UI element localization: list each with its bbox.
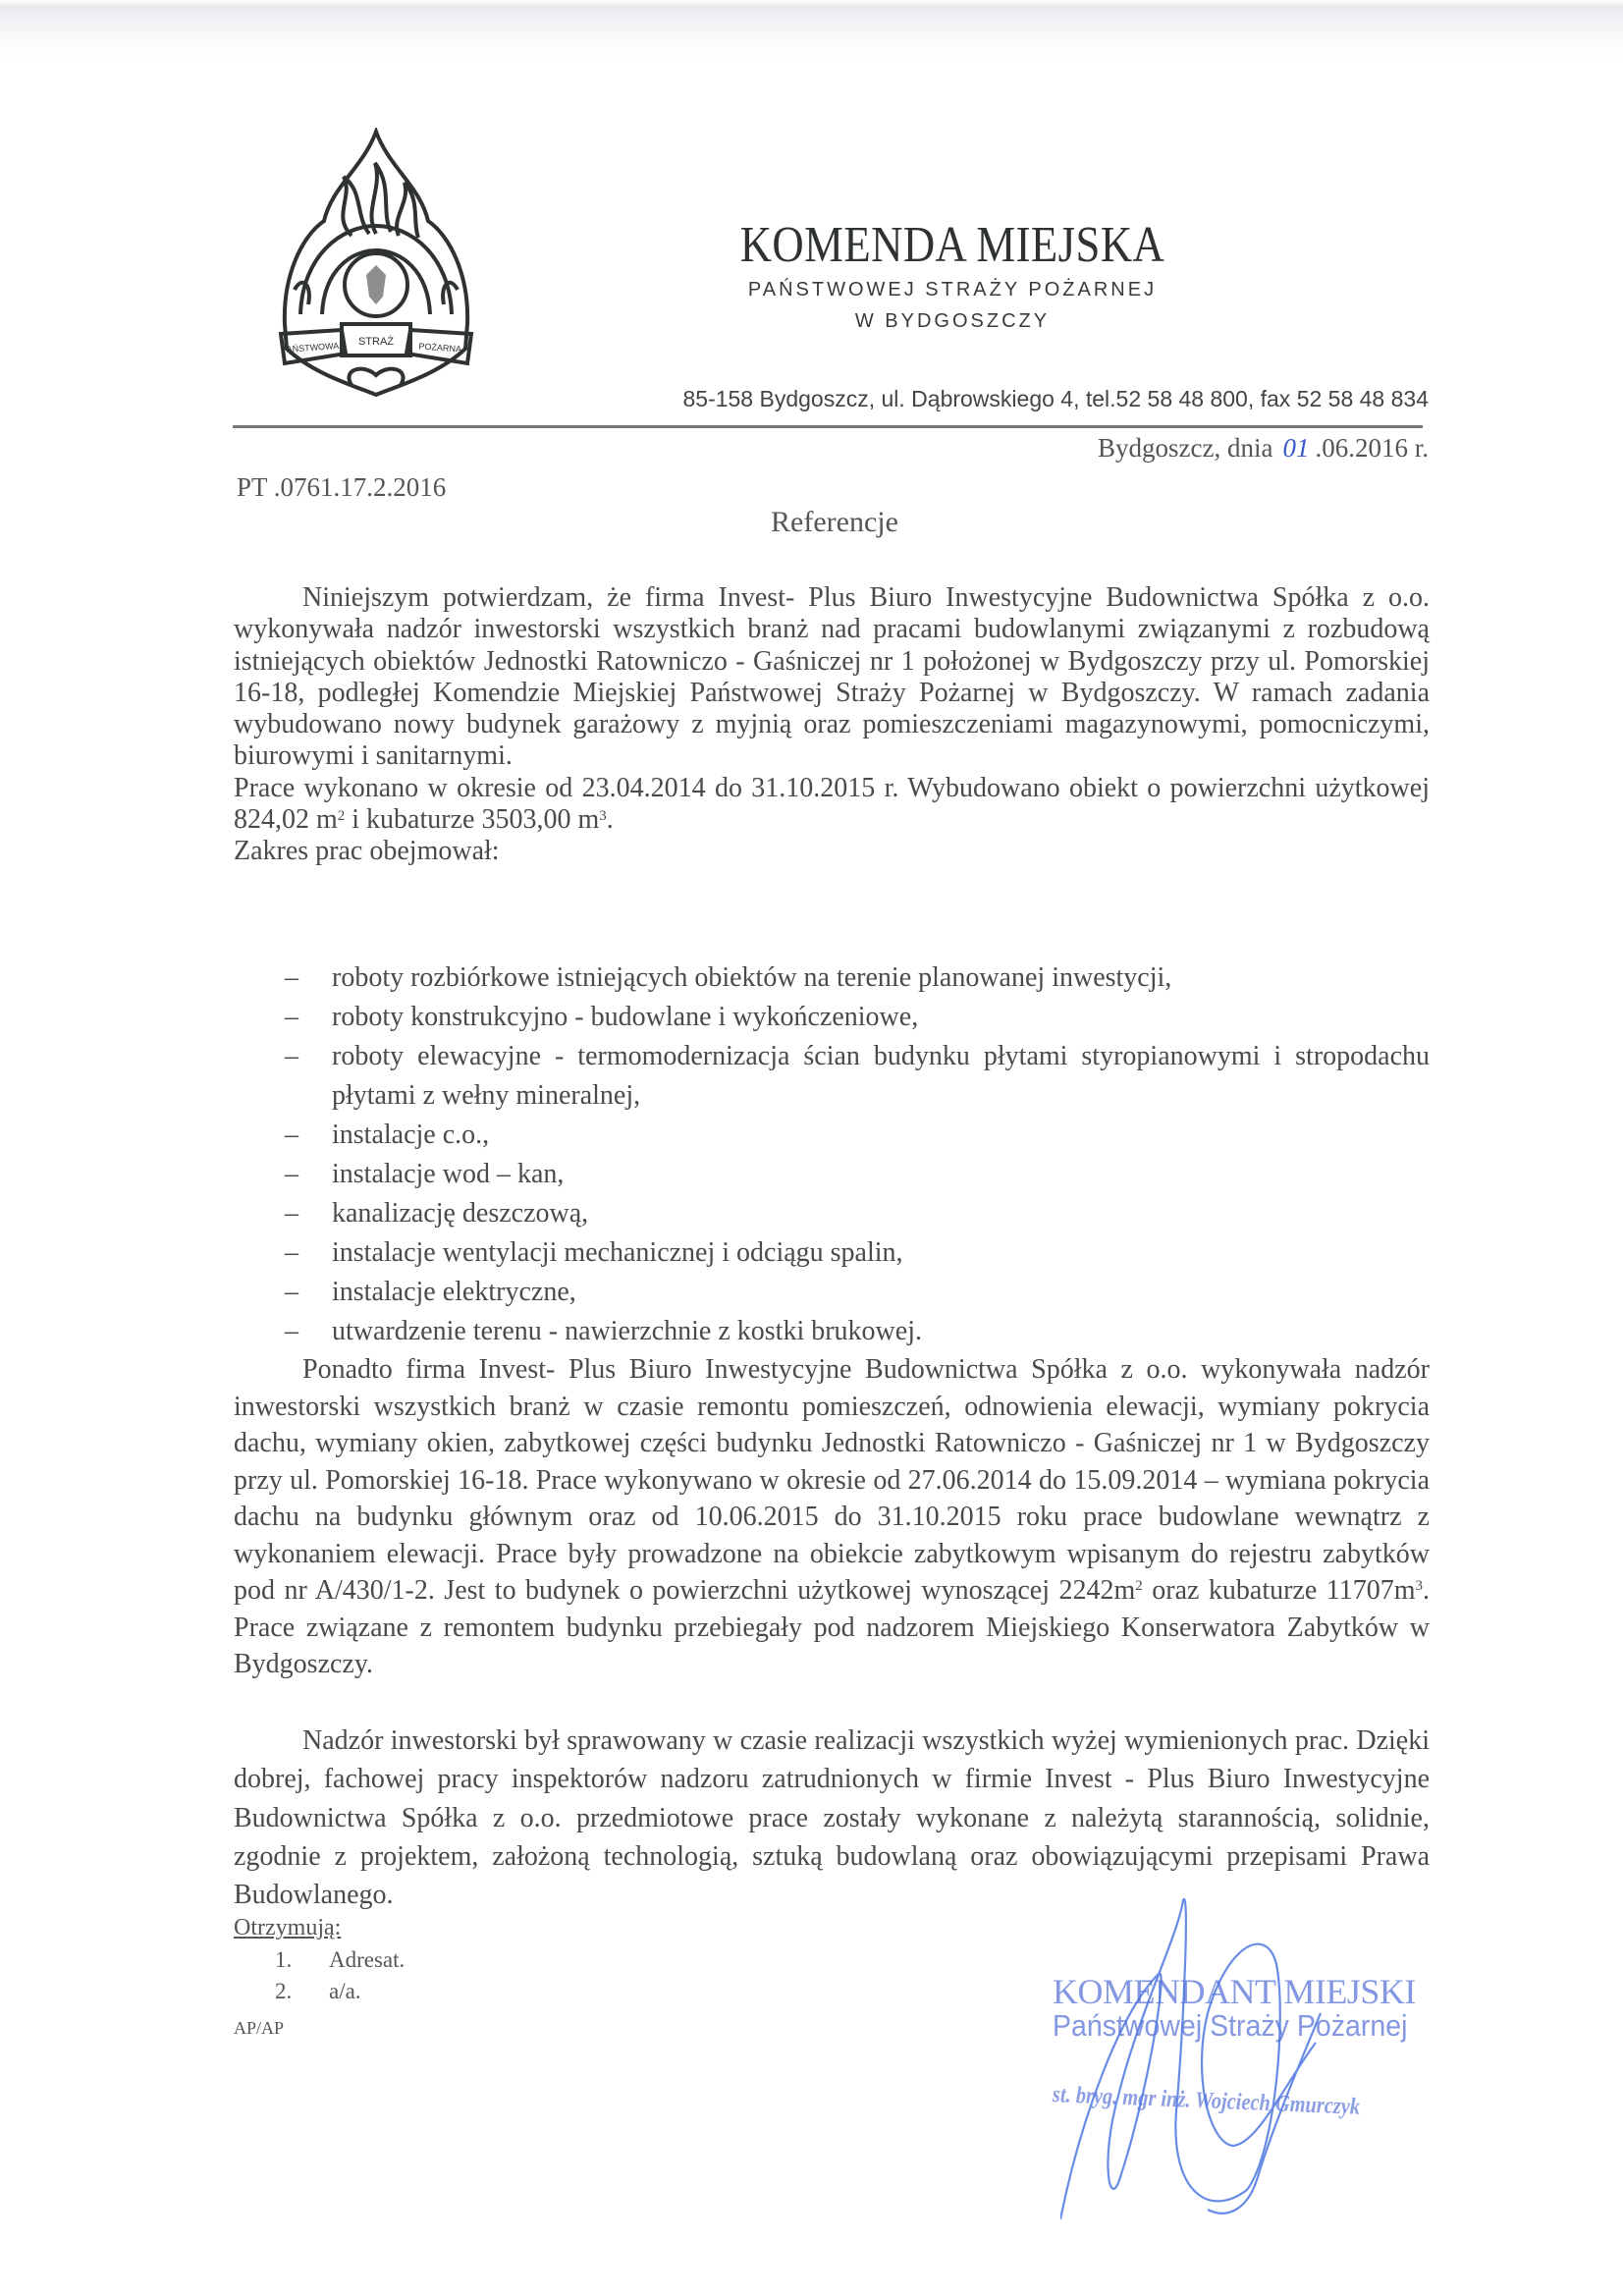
scope-item-text: roboty elewacyjne - termomodernizacja śc… [332, 1041, 1430, 1111]
recipients-label: Otrzymują: [234, 1915, 341, 1941]
bullet-dash: – [285, 1312, 298, 1351]
body-paragraph-2: Ponadto firma Invest- Plus Biuro Inwesty… [234, 1351, 1430, 1683]
letter-heading: Referencje [687, 506, 982, 539]
scope-item: –roboty elewacyjne - termomodernizacja ś… [234, 1037, 1430, 1116]
scope-item-text: instalacje wentylacji mechanicznej i odc… [332, 1237, 903, 1268]
official-stamp: KOMENDANT MIEJSKI Państwowej Straży Poża… [1053, 1974, 1426, 2108]
bullet-dash: – [285, 998, 298, 1037]
bullet-dash: – [285, 1233, 298, 1273]
organization-address: 85-158 Bydgoszcz, ul. Dąbrowskiego 4, te… [491, 386, 1429, 412]
bullet-dash: – [285, 1194, 298, 1233]
scope-label: Zakres prac obejmował: [234, 836, 1430, 867]
scope-item-text: kanalizację deszczową, [332, 1198, 588, 1229]
bullet-dash: – [285, 958, 298, 998]
bullet-dash: – [285, 1155, 298, 1194]
bullet-dash: – [285, 1037, 298, 1076]
scope-item-text: roboty konstrukcyjno - budowlane i wykoń… [332, 1002, 918, 1032]
scope-list: –roboty rozbiórkowe istniejących obiektó… [234, 958, 1430, 1351]
stamp-organization: Państwowej Straży Pożarnej [1053, 2009, 1396, 2043]
handwritten-day: 01 [1272, 433, 1315, 463]
fire-service-emblem-icon: PAŃSTWOWA STRAŻ POŻARNA [273, 128, 479, 401]
bullet-dash: – [285, 1116, 298, 1155]
scope-item-text: utwardzenie terenu - nawierzchnie z kost… [332, 1316, 922, 1346]
recipient-item: 2.a/a. [234, 1976, 405, 2007]
svg-text:PAŃSTWOWA: PAŃSTWOWA [281, 341, 340, 355]
organization-city: W BYDGOSZCZY [550, 310, 1355, 333]
date-suffix: .06.2016 r. [1315, 433, 1429, 463]
intro-paragraph: Niniejszym potwierdzam, że firma Invest-… [234, 582, 1430, 773]
author-initials: AP/AP [234, 2018, 284, 2039]
scan-shadow [0, 0, 1623, 59]
scope-item-text: instalacje wod – kan, [332, 1159, 564, 1189]
bullet-dash: – [285, 1273, 298, 1312]
scope-item-text: instalacje c.o., [332, 1120, 489, 1150]
recipients-list: 1.Adresat. 2.a/a. [234, 1944, 405, 2007]
scope-item: –instalacje c.o., [234, 1116, 1430, 1155]
svg-text:STRAŻ: STRAŻ [358, 335, 394, 348]
scope-item: –utwardzenie terenu - nawierzchnie z kos… [234, 1312, 1430, 1351]
body-paragraph-3: Nadzór inwestorski był sprawowany w czas… [234, 1722, 1430, 1914]
reference-number: PT .0761.17.2.2016 [237, 472, 446, 503]
scope-item: –instalacje wentylacji mechanicznej i od… [234, 1233, 1430, 1273]
body-paragraph-1: Niniejszym potwierdzam, że firma Invest-… [234, 582, 1430, 868]
scope-item-text: roboty rozbiórkowe istniejących obiektów… [332, 962, 1171, 993]
date-prefix: Bydgoszcz, dnia [1098, 433, 1272, 463]
scope-item: –kanalizację deszczową, [234, 1194, 1430, 1233]
scope-item: –roboty rozbiórkowe istniejących obiektó… [234, 958, 1430, 998]
letterhead-divider [233, 425, 1423, 428]
letter-date: Bydgoszcz, dnia01.06.2016 r. [1098, 433, 1429, 464]
scope-item: –instalacje wod – kan, [234, 1155, 1430, 1194]
works-period-paragraph: Prace wykonano w okresie od 23.04.2014 d… [234, 773, 1430, 837]
stamp-title: KOMENDANT MIEJSKI [1053, 1974, 1426, 2009]
organization-subtitle: PAŃSTWOWEJ STRAŻY POŻARNEJ [550, 279, 1355, 301]
recipient-item: 1.Adresat. [234, 1944, 405, 1976]
organization-title: KOMENDA MIEJSKA [606, 218, 1298, 273]
scope-item: –instalacje elektryczne, [234, 1273, 1430, 1312]
stamp-signatory: st. bryg. mgr inż. Wojciech Gmurczyk [1053, 2082, 1371, 2121]
scope-item-text: instalacje elektryczne, [332, 1277, 576, 1307]
scope-item: –roboty konstrukcyjno - budowlane i wyko… [234, 998, 1430, 1037]
svg-text:POŻARNA: POŻARNA [418, 342, 461, 355]
